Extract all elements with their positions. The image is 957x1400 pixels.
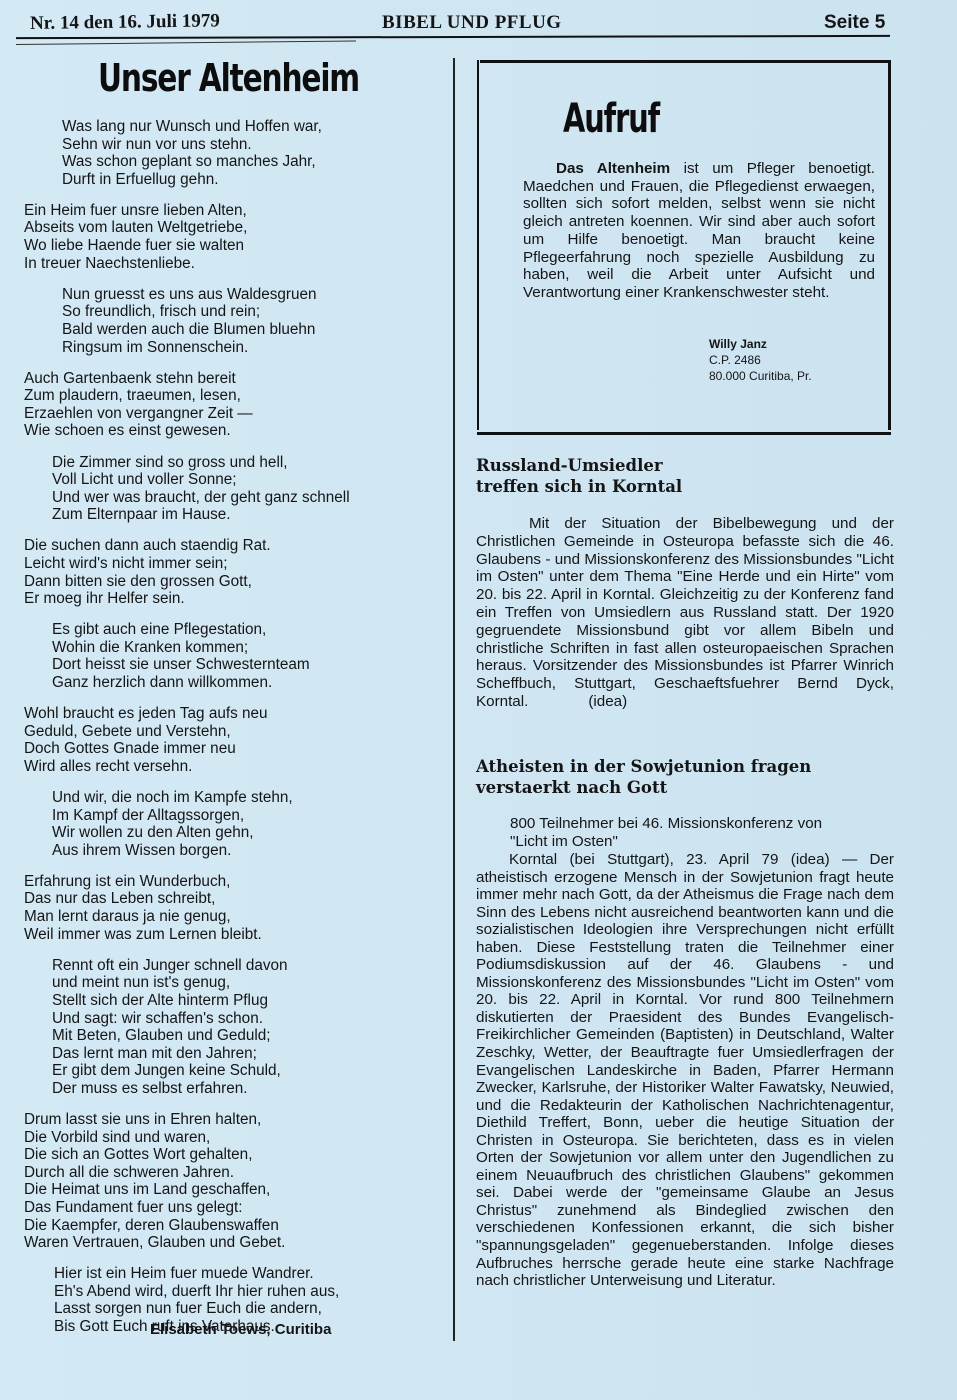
poem-verse: Waren Vertrauen, Glauben und Gebet. <box>24 1234 450 1252</box>
poem-verse: So freundlich, frisch und rein; <box>62 303 450 321</box>
poem-verse: Auch Gartenbaenk stehn bereit <box>24 370 450 388</box>
poem-verse: Leicht wird's nicht immer sein; <box>24 555 450 573</box>
poem-verse: Abseits vom lauten Weltgetriebe, <box>24 219 450 237</box>
poem-verse: Das lernt man mit den Jahren; <box>52 1045 450 1063</box>
signature-line1: C.P. 2486 <box>709 352 812 368</box>
poem-title: Unser Altenheim <box>98 56 359 100</box>
poem-stanza: Was lang nur Wunsch und Hoffen war,Sehn … <box>0 118 450 188</box>
poem-verse: Voll Licht und voller Sonne; <box>52 471 450 489</box>
poem-author: Elisabeth Toews, Curitiba <box>150 1321 331 1338</box>
signature-line2: 80.000 Curitiba, Pr. <box>709 368 812 384</box>
poem-verse: Weil immer was zum Lernen bleibt. <box>24 926 450 944</box>
poem-verse: Man lernt daraus ja nie genug, <box>24 908 450 926</box>
article2-body: Korntal (bei Stuttgart), 23. April 79 (i… <box>476 851 894 1290</box>
article1-headline-line1: Russland-Umsiedler <box>476 455 682 476</box>
poem-verse: Wird alles recht versehn. <box>24 758 450 776</box>
column-divider <box>453 58 455 1341</box>
poem-verse: Die Heimat uns im Land geschaffen, <box>24 1181 450 1199</box>
poem-verse: Durch all die schweren Jahren. <box>24 1164 450 1182</box>
article1-body: Mit der Situation der Bibelbewegung und … <box>476 515 894 711</box>
poem-verse: Wo liebe Haende fuer sie walten <box>24 237 450 255</box>
aufruf-body: ist um Pfleger benoetigt. Maedchen und F… <box>523 160 875 301</box>
aufruf-title: Aufruf <box>563 96 659 142</box>
poem-verse: Wohl braucht es jeden Tag aufs neu <box>24 705 450 723</box>
poem-verse: Zum Elternpaar im Hause. <box>52 506 450 524</box>
aufruf-box-top-rule <box>480 60 888 63</box>
poem-verse: Und sagt: wir schaffen's schon. <box>52 1010 450 1028</box>
poem-verse: Wohin die Kranken kommen; <box>52 639 450 657</box>
article2-text: Korntal (bei Stuttgart), 23. April 79 (i… <box>476 851 894 1289</box>
article2-subhead-line2: "Licht im Osten" <box>510 833 895 851</box>
aufruf-box-bottom-rule <box>477 432 891 435</box>
poem-verse: Er gibt dem Jungen keine Schuld, <box>52 1062 450 1080</box>
poem-stanza: Rennt oft ein Junger schnell davonund me… <box>0 957 450 1098</box>
poem-verse: Und wir, die noch im Kampfe stehn, <box>52 789 450 807</box>
poem-verse: Die sich an Gottes Wort gehalten, <box>24 1146 450 1164</box>
poem-verse: Wir wollen zu den Alten gehn, <box>52 824 450 842</box>
poem-verse: Dort heisst sie unser Schwesternteam <box>52 656 450 674</box>
poem-verse: Zum plaudern, traeumen, lesen, <box>24 387 450 405</box>
poem-stanza: Drum lasst sie uns in Ehren halten,Die V… <box>0 1111 450 1252</box>
poem-verse: Dann bitten sie den grossen Gott, <box>24 573 450 591</box>
poem-verse: Die Kaempfer, deren Glaubenswaffen <box>24 1217 450 1235</box>
poem-stanza: Wohl braucht es jeden Tag aufs neuGeduld… <box>0 705 450 775</box>
poem-stanza: Es gibt auch eine Pflegestation,Wohin di… <box>0 621 450 691</box>
article1-text: Mit der Situation der Bibelbewegung und … <box>476 515 894 710</box>
poem-stanza: Ein Heim fuer unsre lieben Alten,Abseits… <box>0 202 450 272</box>
aufruf-lead: Das Altenheim <box>523 160 670 177</box>
poem-verse: Wie schoen es einst gewesen. <box>24 422 450 440</box>
poem-stanza: Auch Gartenbaenk stehn bereitZum plauder… <box>0 370 450 440</box>
article2-headline: Atheisten in der Sowjetunion fragen vers… <box>476 756 811 798</box>
poem-verse: Eh's Abend wird, duerft Ihr hier ruhen a… <box>54 1283 450 1301</box>
poem-verse: Was lang nur Wunsch und Hoffen war, <box>62 118 450 136</box>
poem-verse: Durft in Erfuellug gehn. <box>62 171 450 189</box>
poem-verse: Die Vorbild sind und waren, <box>24 1129 450 1147</box>
poem-verse: Hier ist ein Heim fuer muede Wandrer. <box>54 1265 450 1283</box>
header-rule <box>16 35 890 39</box>
poem-verse: Im Kampf der Alltagssorgen, <box>52 807 450 825</box>
poem-verse: Geduld, Gebete und Verstehn, <box>24 723 450 741</box>
poem-verse: Mit Beten, Glauben und Geduld; <box>52 1027 450 1045</box>
poem-verse: Was schon geplant so manches Jahr, <box>62 153 450 171</box>
poem-verse: Ein Heim fuer unsre lieben Alten, <box>24 202 450 220</box>
poem-verse: Drum lasst sie uns in Ehren halten, <box>24 1111 450 1129</box>
article2-subhead: 800 Teilnehmer bei 46. Missionskonferenz… <box>510 815 895 851</box>
header-rule-secondary <box>16 40 356 45</box>
poem-stanza: Erfahrung ist ein Wunderbuch,Das nur das… <box>0 873 450 943</box>
poem-verse: Erfahrung ist ein Wunderbuch, <box>24 873 450 891</box>
poem-stanza: Nun gruesst es uns aus WaldesgruenSo fre… <box>0 286 450 356</box>
poem-verse: Rennt oft ein Junger schnell davon <box>52 957 450 975</box>
poem-verse: Die Zimmer sind so gross und hell, <box>52 454 450 472</box>
poem-verse: Nun gruesst es uns aus Waldesgruen <box>62 286 450 304</box>
poem-verse: Und wer was braucht, der geht ganz schne… <box>52 489 450 507</box>
aufruf-signature: Willy Janz C.P. 2486 80.000 Curitiba, Pr… <box>709 336 812 384</box>
poem-verse: Stellt sich der Alte hinterm Pflug <box>52 992 450 1010</box>
article2-headline-line2: verstaerkt nach Gott <box>476 777 811 798</box>
poem-verse: Ganz herzlich dann willkommen. <box>52 674 450 692</box>
article1-source: (idea) <box>588 693 627 710</box>
article2-subhead-line1: 800 Teilnehmer bei 46. Missionskonferenz… <box>510 815 895 833</box>
poem-verse: Der muss es selbst erfahren. <box>52 1080 450 1098</box>
signature-name: Willy Janz <box>709 336 812 352</box>
poem-body: Was lang nur Wunsch und Hoffen war,Sehn … <box>0 118 450 1349</box>
poem-verse: Das nur das Leben schreibt, <box>24 890 450 908</box>
poem-verse: Aus ihrem Wissen borgen. <box>52 842 450 860</box>
page-number: Seite 5 <box>824 12 885 34</box>
article1-headline: Russland-Umsiedler treffen sich in Kornt… <box>476 455 682 497</box>
poem-verse: Ringsum im Sonnenschein. <box>62 339 450 357</box>
poem-stanza: Und wir, die noch im Kampfe stehn,Im Kam… <box>0 789 450 859</box>
poem-verse: Doch Gottes Gnade immer neu <box>24 740 450 758</box>
poem-verse: Erzaehlen von vergangner Zeit — <box>24 405 450 423</box>
poem-verse: Die suchen dann auch staendig Rat. <box>24 537 450 555</box>
poem-stanza: Die Zimmer sind so gross und hell,Voll L… <box>0 454 450 524</box>
poem-verse: In treuer Naechstenliebe. <box>24 255 450 273</box>
poem-verse: Bald werden auch die Blumen bluehn <box>62 321 450 339</box>
publication-title: BIBEL UND PFLUG <box>382 12 562 34</box>
article2-headline-line1: Atheisten in der Sowjetunion fragen <box>476 756 811 777</box>
article1-headline-line2: treffen sich in Korntal <box>476 476 682 497</box>
poem-stanza: Die suchen dann auch staendig Rat.Leicht… <box>0 537 450 607</box>
poem-verse: Es gibt auch eine Pflegestation, <box>52 621 450 639</box>
aufruf-text: Das Altenheim ist um Pfleger benoetigt. … <box>523 160 875 302</box>
poem-verse: Das Fundament fuer uns gelegt: <box>24 1199 450 1217</box>
poem-verse: Sehn wir nun vor uns stehn. <box>62 136 450 154</box>
poem-verse: Er moeg ihr Helfer sein. <box>24 590 450 608</box>
issue-info: Nr. 14 den 16. Juli 1979 <box>30 10 220 35</box>
poem-verse: und meint nun ist's genug, <box>52 974 450 992</box>
poem-verse: Lasst sorgen nun fuer Euch die andern, <box>54 1300 450 1318</box>
